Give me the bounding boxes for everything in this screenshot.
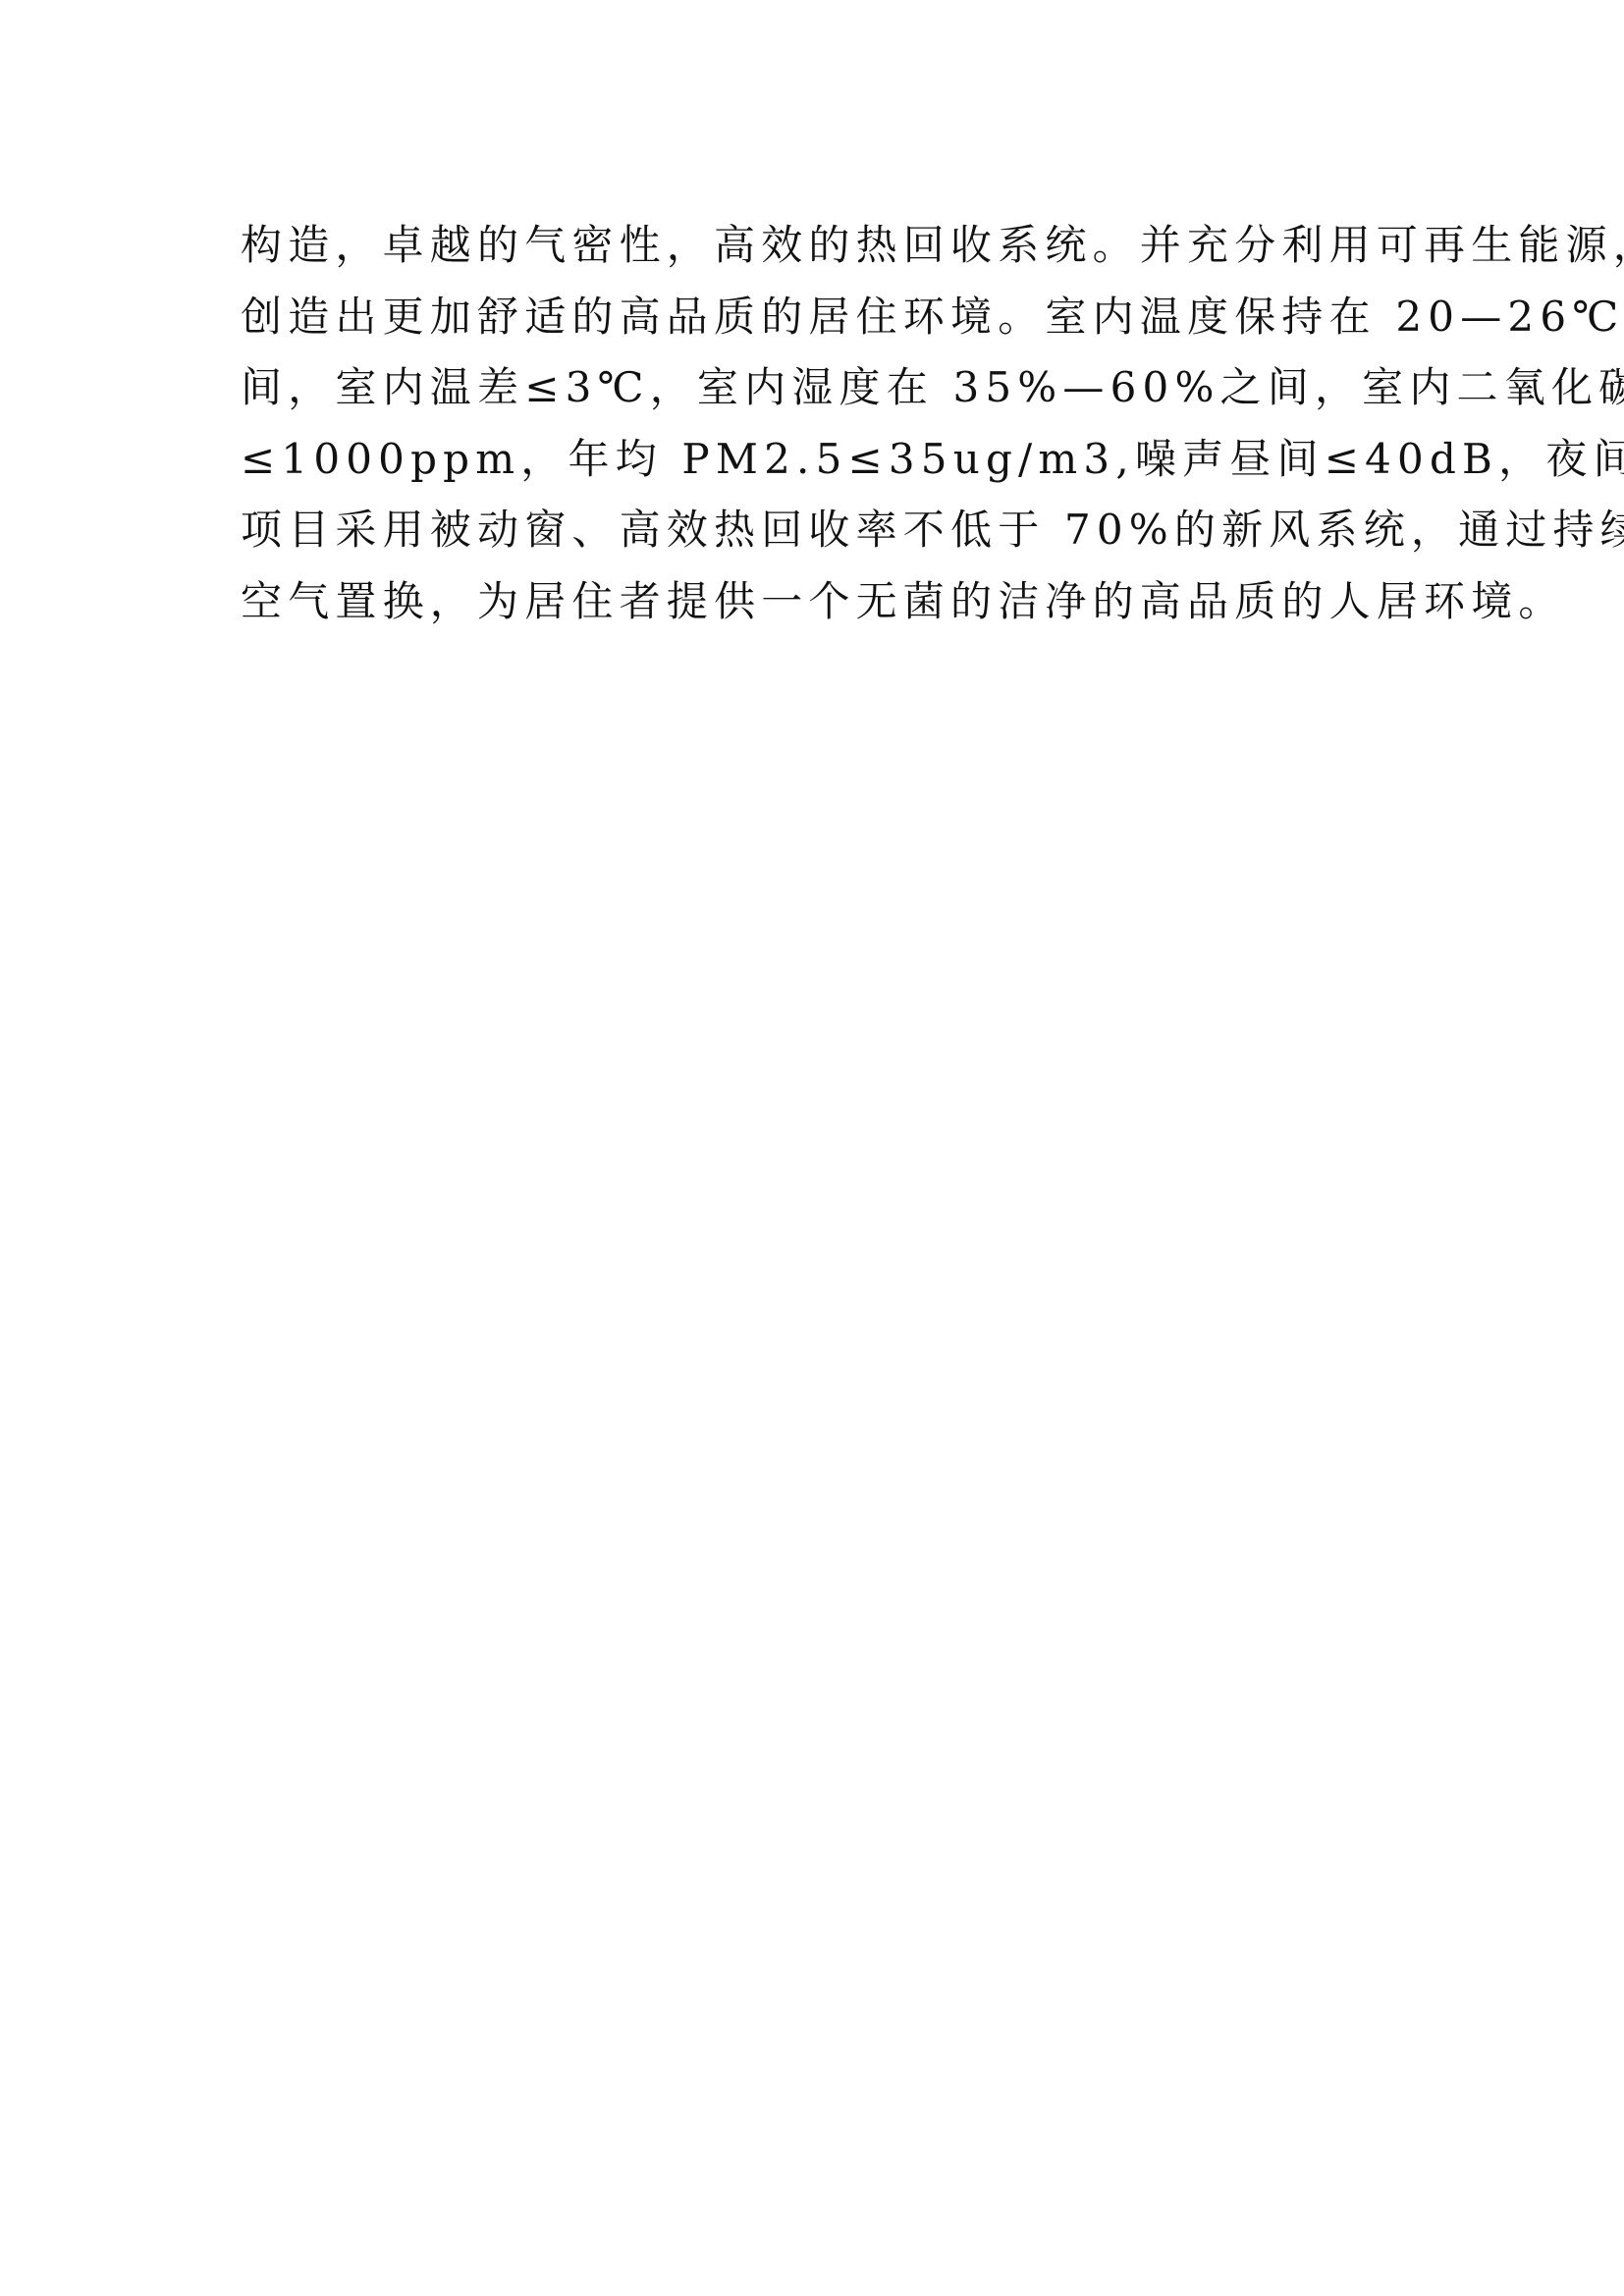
paragraph-line: 空气置换，为居住者提供一个无菌的洁净的高品质的人居环境。	[241, 566, 1399, 638]
paragraph-line: 构造，卓越的气密性，高效的热回收系统。并充分利用可再生能源，	[241, 210, 1399, 282]
paragraph-line: ≤1000ppm，年均 PM2.5≤35ug/m3,噪声昼间≤40dB，夜间≤3…	[241, 424, 1399, 496]
body-paragraph: 构造，卓越的气密性，高效的热回收系统。并充分利用可再生能源， 创造出更加舒适的高…	[241, 210, 1399, 637]
paragraph-line: 间，室内温差≤3℃，室内湿度在 35%—60%之间，室内二氧化碳含量	[241, 352, 1399, 424]
document-page: 构造，卓越的气密性，高效的热回收系统。并充分利用可再生能源， 创造出更加舒适的高…	[0, 0, 1624, 2296]
paragraph-line: 项目采用被动窗、高效热回收率不低于 70%的新风系统，通过持续的	[241, 495, 1399, 566]
paragraph-line: 创造出更加舒适的高品质的居住环境。室内温度保持在 20—26℃之	[241, 282, 1399, 353]
